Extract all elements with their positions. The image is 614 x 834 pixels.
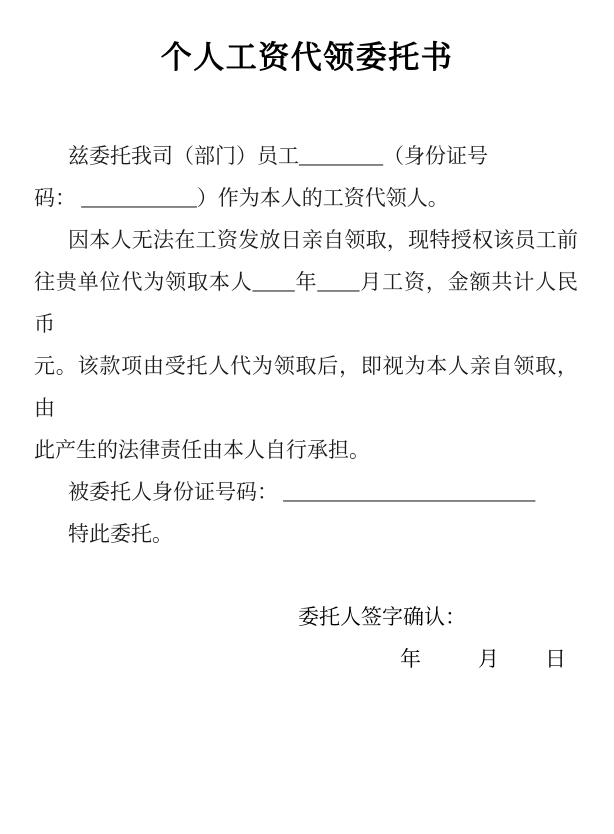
date-month-label: 月	[478, 638, 499, 680]
signature-date-line: 年 月 日	[34, 638, 578, 680]
signature-block: 委托人签字确认： 年 月 日	[34, 596, 578, 680]
body-line-id-blank: 被委托人身份证号码： ________________________	[34, 471, 578, 513]
body-line: 往贵单位代为领取本人____年____月工资，金额共计人民币	[34, 261, 578, 345]
document-body: 兹委托我司（部门）员工________（身份证号 码： ___________）…	[34, 135, 578, 555]
body-line: 码： ___________）作为本人的工资代领人。	[34, 177, 578, 219]
body-line: 兹委托我司（部门）员工________（身份证号	[34, 135, 578, 177]
document-page: 个人工资代领委托书 兹委托我司（部门）员工________（身份证号 码： __…	[0, 0, 614, 834]
body-line: 因本人无法在工资发放日亲自领取，现特授权该员工前	[34, 219, 578, 261]
date-day-label: 日	[545, 638, 566, 680]
signer-confirm-label: 委托人签字确认：	[298, 596, 578, 638]
date-year-label: 年	[400, 638, 421, 680]
body-line: 此产生的法律责任由本人自行承担。	[34, 429, 578, 471]
document-title: 个人工资代领委托书	[0, 0, 614, 80]
body-line-closing: 特此委托。	[34, 513, 578, 555]
body-line: 元。该款项由受托人代为领取后，即视为本人亲自领取，由	[34, 345, 578, 429]
